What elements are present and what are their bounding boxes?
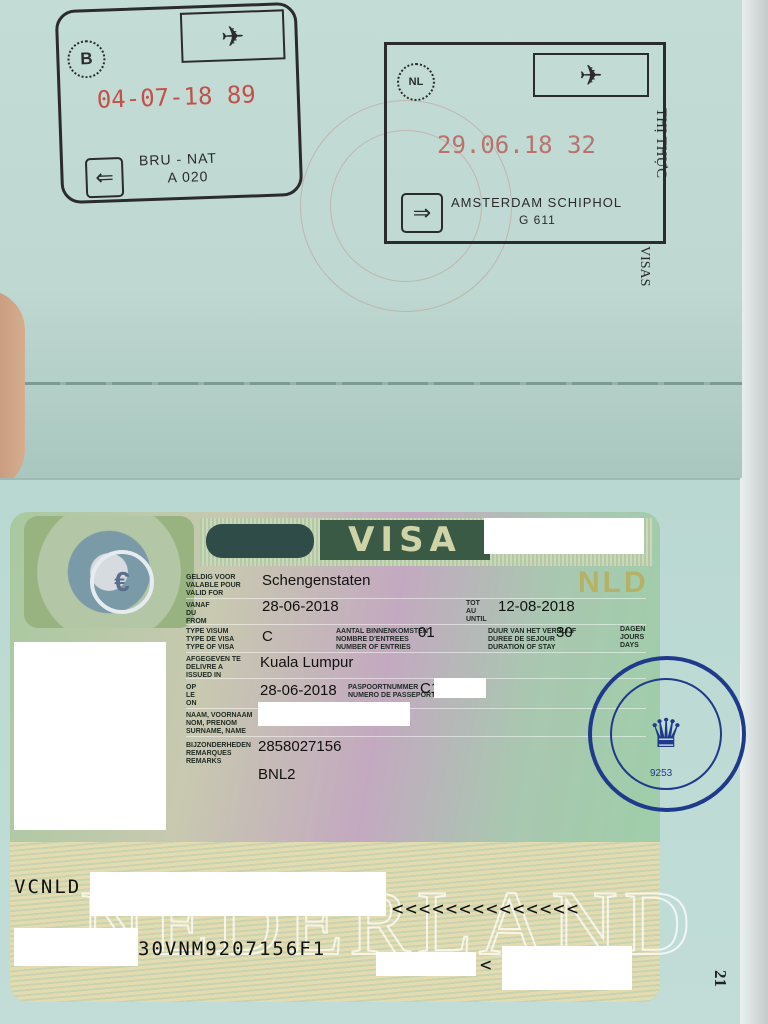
- stamp-date: 29.06.18 32: [437, 131, 596, 159]
- label-name: NAAM, VOORNAAMNOM, PRENOMSURNAME, NAME: [186, 712, 253, 736]
- label-days: DAGENJOURSDAYS: [620, 626, 645, 650]
- label-entries: AANTAL BINNENKOMSTENNOMBRE D'ENTREESNUMB…: [336, 628, 428, 652]
- mrz-line-1-prefix: VCNLD: [14, 876, 81, 898]
- label-from: VANAFDUFROM: [186, 602, 210, 626]
- embassy-seal: ♛ 9253: [588, 656, 746, 812]
- value-entries: 01: [418, 624, 435, 641]
- label-issued-in: AFGEGEVEN TEDELIVRE AISSUED IN: [186, 656, 241, 680]
- label-valid-for: GELDIG VOORVALABLE POURVALID FOR: [186, 574, 241, 598]
- label-until: TOTAUUNTIL: [466, 600, 487, 624]
- mrz-line-2: 30VNM9207156F1: [138, 938, 326, 960]
- value-on: 28-06-2018: [260, 682, 337, 699]
- stamp-code: A 020: [167, 168, 208, 185]
- value-remarks: 2858027156: [258, 738, 341, 755]
- redaction: [90, 872, 386, 916]
- redaction: [434, 678, 486, 698]
- hologram: €: [24, 516, 194, 628]
- country-mark: NL: [397, 63, 435, 101]
- stamp-date: 04-07-18 89: [96, 80, 256, 114]
- label-type: TYPE VISUMTYPE DE VISATYPE OF VISA: [186, 628, 234, 652]
- euro-symbol-icon: €: [90, 550, 154, 614]
- redaction: [376, 952, 476, 976]
- passport-page-upper: B ✈ 04-07-18 89 ⇐ BRU - NAT A 020 NL ✈ 2…: [0, 0, 742, 478]
- page-perforation: [20, 382, 742, 385]
- redaction: [258, 702, 410, 726]
- seal-number: 9253: [650, 768, 672, 779]
- value-valid-for: Schengenstaten: [262, 572, 370, 589]
- value-until: 12-08-2018: [498, 598, 575, 615]
- country-mark: B: [67, 40, 106, 79]
- visa-title: VISA: [320, 520, 490, 560]
- mrz-line-1-filler: <<<<<<<<<<<<<<: [392, 898, 580, 920]
- thumb: [0, 290, 25, 490]
- label-on: OPLEON: [186, 684, 197, 708]
- label-remarks: BIJZONDERHEDENREMARQUESREMARKS: [186, 742, 251, 766]
- mrz-line-2-filler: <: [480, 954, 493, 976]
- exit-arrow-icon: ⇐: [85, 157, 124, 198]
- page-number: 21: [710, 970, 730, 987]
- value-duration: 30: [556, 624, 573, 641]
- redaction: [14, 928, 138, 966]
- entry-arrow-icon: ⇒: [401, 193, 443, 233]
- stamp-location: BRU - NAT: [139, 150, 217, 169]
- redaction: [502, 946, 632, 990]
- stamp-code: G 611: [519, 213, 556, 227]
- country-code: NLD: [578, 566, 649, 600]
- entry-stamp-amsterdam: NL ✈ 29.06.18 32 ⇒ AMSTERDAM SCHIPHOL G …: [384, 42, 666, 244]
- side-label-visas: VISAS: [636, 246, 652, 286]
- value-remarks-2: BNL2: [258, 766, 296, 783]
- header-dark-block: [206, 524, 314, 558]
- stamp-location: AMSTERDAM SCHIPHOL: [451, 195, 622, 210]
- value-from: 28-06-2018: [262, 598, 339, 615]
- airplane-icon: ✈: [180, 9, 286, 63]
- airplane-icon: ✈: [533, 53, 649, 97]
- redaction: [484, 518, 644, 554]
- photo-redaction: [14, 642, 166, 830]
- exit-stamp-brussels: B ✈ 04-07-18 89 ⇐ BRU - NAT A 020: [55, 2, 304, 204]
- value-type: C: [262, 628, 273, 645]
- side-label-thi-thuc: THỊ THỰC: [652, 108, 669, 178]
- value-issued-in: Kuala Lumpur: [260, 654, 353, 671]
